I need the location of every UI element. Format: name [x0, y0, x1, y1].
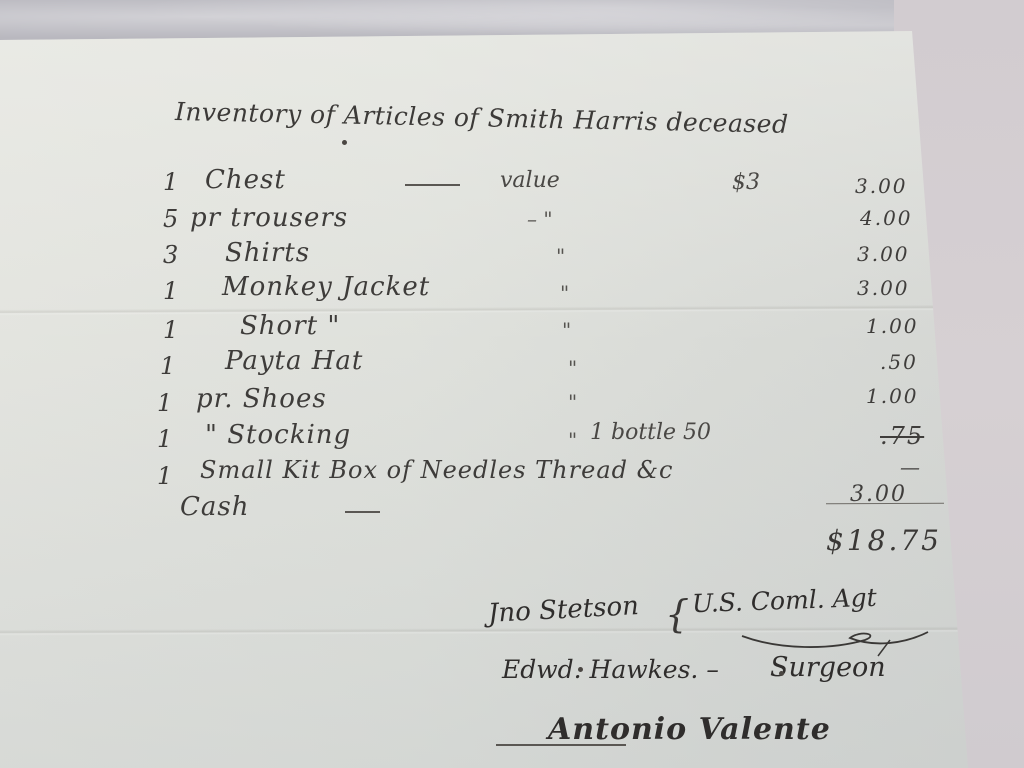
item-qty: 5 [163, 205, 178, 233]
ink-blot [578, 667, 583, 672]
ditto-mark: " [560, 281, 569, 305]
total-amount: $18.75 [826, 524, 942, 557]
brace-mark: { [665, 592, 689, 636]
item-amount-corrected: .75 [880, 422, 924, 450]
item-name: Payta Hat [225, 346, 363, 376]
item-name: Shirts [225, 238, 310, 268]
item-name: Chest [205, 165, 286, 195]
signature-hawkes: Edwd. Hawkes. – [502, 655, 719, 684]
ditto-mark: " [556, 244, 565, 268]
item-qty: 1 [157, 462, 172, 490]
item-value-note: $3 [732, 170, 760, 195]
item-amount: 3.00 [857, 276, 910, 300]
item-amount: 3.00 [855, 174, 908, 198]
item-qty: 3 [163, 241, 178, 269]
signature-valente: Antonio Valente [548, 712, 831, 747]
item-name: Monkey Jacket [222, 272, 430, 302]
ditto-mark: – " [527, 207, 553, 231]
item-qty: 1 [160, 352, 175, 380]
item-name: pr trousers [190, 203, 348, 233]
item-qty: 1 [157, 425, 172, 453]
item-value-label: value [500, 168, 560, 193]
item-name: Short " [240, 311, 340, 341]
signature-hawkes-title: Surgeon [770, 652, 886, 683]
ditto-mark: " [568, 428, 577, 452]
item-qty: 1 [163, 277, 178, 305]
item-name: pr. Shoes [196, 384, 327, 414]
item-amount: 1.00 [866, 384, 919, 408]
leader-dash [345, 511, 380, 513]
ink-blot [779, 671, 784, 676]
item-qty: 1 [157, 389, 172, 417]
item-amount: 4.00 [860, 206, 913, 230]
ditto-mark: " [568, 356, 577, 380]
item-name: Cash [180, 492, 249, 522]
ditto-mark: " [562, 318, 571, 342]
leader-dash [405, 184, 460, 186]
item-amount: .50 [880, 350, 918, 374]
item-qty: 1 [163, 168, 178, 196]
inventory-document-sheet: Inventory of Articles of Smith Harris de… [0, 0, 1024, 768]
ink-dot [342, 140, 347, 145]
signature-underline [496, 744, 626, 746]
item-amount: 3.00 [857, 242, 910, 266]
item-qty: 1 [163, 316, 178, 344]
ditto-mark: " [568, 390, 577, 414]
item-amount: 1.00 [866, 314, 919, 338]
item-name: Small Kit Box of Needles Thread &c [200, 456, 673, 484]
item-name: " Stocking [205, 420, 351, 450]
item-note: 1 bottle 50 [590, 420, 711, 445]
item-amount: — [900, 455, 922, 479]
